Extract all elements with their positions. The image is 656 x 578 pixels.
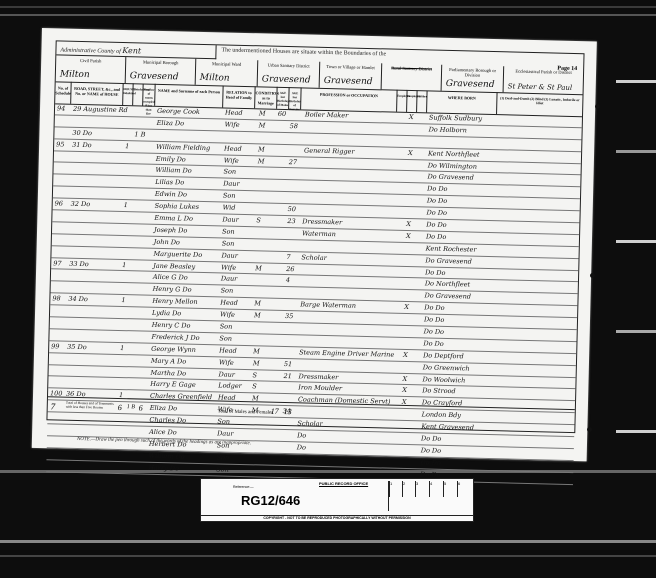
cell-rel: Head bbox=[225, 108, 243, 116]
census-form: Administrative County of Kent The underm… bbox=[46, 40, 584, 433]
cell-rel: Daur bbox=[219, 370, 236, 378]
persons-total-label: Total of Males and Females bbox=[218, 409, 274, 415]
cell-sched: 94 bbox=[57, 104, 65, 112]
col-age-female: AGE last Birthday of Females bbox=[289, 87, 302, 109]
cell-f: 51 bbox=[284, 360, 292, 368]
cell-rel: Son bbox=[222, 239, 235, 247]
cell-born: Do Do bbox=[424, 316, 445, 324]
ecclesiastical-parish-field: Ecclesiastical Parish or DistrictSt Pete… bbox=[504, 66, 584, 94]
cell-name: John Do bbox=[154, 238, 180, 247]
cell-emp: X bbox=[406, 220, 411, 228]
cell-address: 31 Do bbox=[72, 140, 92, 148]
cell-name: Sophia Lukes bbox=[155, 202, 200, 211]
cell-f: 50 bbox=[288, 205, 296, 213]
cell-born: Kent Rochester bbox=[426, 244, 477, 253]
cell-sched: 96 bbox=[55, 199, 63, 207]
cell-address: 33 Do bbox=[69, 259, 89, 267]
punch-hole bbox=[587, 427, 592, 432]
col-inhabited: HOUSES Inhabited bbox=[123, 83, 134, 105]
cell-rel: Lodger bbox=[218, 382, 242, 391]
cell-born: Do Wilmington bbox=[428, 161, 477, 170]
scan-streak bbox=[0, 6, 656, 8]
cell-rel: Daur bbox=[222, 215, 239, 223]
cell-f: 7 bbox=[286, 253, 290, 261]
cell-rel: Head bbox=[224, 144, 242, 152]
cell-f: 58 bbox=[290, 122, 298, 130]
cell-occ: Do bbox=[297, 443, 306, 451]
col-employer: Employer bbox=[397, 90, 408, 112]
cell-rel: Daur bbox=[217, 429, 234, 437]
cell-cond: M bbox=[254, 311, 261, 319]
cell-rel: Wife bbox=[221, 263, 236, 271]
cell-occ: Dressmaker bbox=[298, 372, 338, 381]
cell-cond: S bbox=[252, 383, 257, 391]
cell-born: Do Do bbox=[427, 197, 448, 205]
col-rooms: Number of rooms occupied if less than fi… bbox=[143, 84, 156, 106]
punch-hole bbox=[595, 104, 600, 109]
admin-county-label: Administrative County of bbox=[60, 47, 120, 54]
cell-rel: Head bbox=[220, 299, 238, 307]
cell-address: 29 Augustine Rd bbox=[73, 105, 128, 114]
cell-born: Do Deptford bbox=[423, 351, 464, 360]
cell-address: 34 Do bbox=[68, 295, 88, 303]
totals-label: Total of Houses and of Tenements with le… bbox=[66, 401, 114, 410]
scan-streak bbox=[0, 540, 656, 543]
cell-cond: M bbox=[258, 157, 265, 165]
parliamentary-borough-field: Parliamentary Borough or DivisionGravese… bbox=[442, 65, 505, 93]
cell-rel: Daur bbox=[223, 180, 240, 188]
col-condition: CONDITION as to Marriage bbox=[255, 86, 278, 109]
cell-rel: Son bbox=[223, 168, 236, 176]
cell-born: Do Do bbox=[421, 434, 442, 442]
cell-occ: Steam Engine Driver Marine bbox=[299, 348, 394, 358]
col-name: NAME and Surname of each Person bbox=[155, 84, 224, 108]
cell-name: Frederick J Do bbox=[151, 333, 199, 342]
cell-inh: 1 bbox=[121, 296, 125, 304]
cell-born: Do Do bbox=[426, 232, 447, 240]
cell-inh: 1 bbox=[120, 344, 124, 352]
cell-born: Do Do bbox=[421, 446, 442, 454]
cell-rel: Son bbox=[221, 287, 234, 295]
cell-name: Jane Beasley bbox=[153, 261, 195, 270]
cell-inh: 1 bbox=[125, 142, 129, 150]
municipal-ward-field: Municipal WardMilton bbox=[196, 59, 259, 87]
boundary-notice: The undermentioned Houses are situate wi… bbox=[221, 47, 386, 57]
scan-streak bbox=[616, 240, 656, 243]
scan-streak bbox=[0, 555, 656, 557]
col-employed: Employed bbox=[407, 90, 418, 112]
cell-rel: Son bbox=[223, 192, 236, 200]
cell-occ: Barge Waterman bbox=[300, 301, 356, 310]
cell-emp: X bbox=[404, 303, 409, 311]
total-houses: 6 bbox=[118, 403, 122, 412]
cell-address: 32 Do bbox=[71, 200, 91, 208]
cell-name: Harry Do bbox=[148, 463, 179, 472]
town-field: Town or Village or HamletGravesend bbox=[320, 62, 383, 90]
cell-born: Do Greenwich bbox=[423, 363, 470, 372]
col-where-born: WHERE BORN bbox=[427, 90, 498, 114]
cell-born: Do Do bbox=[427, 185, 448, 193]
cell-rel: Wife bbox=[219, 358, 234, 366]
cell-rel: Head bbox=[219, 346, 237, 354]
cell-rel: Son bbox=[219, 334, 232, 342]
cell-inh: 1 bbox=[122, 261, 126, 269]
cell-name: Eliza Do bbox=[157, 119, 185, 128]
col-address: ROAD, STREET, &c., and No. or NAME of HO… bbox=[71, 82, 124, 105]
copyright-notice: COPYRIGHT - NOT TO BE REPRODUCED PHOTOGR… bbox=[201, 515, 473, 520]
col-relation: RELATION to Head of Family bbox=[223, 85, 256, 108]
cell-rel: Son bbox=[222, 227, 235, 235]
civil-parish-field: Civil ParishMilton bbox=[56, 55, 127, 83]
cell-address: 30 Do bbox=[72, 129, 92, 137]
cell-rel: Son bbox=[216, 465, 229, 473]
cell-rel: Daur bbox=[221, 275, 238, 283]
cell-emp: X bbox=[409, 113, 414, 121]
cell-f: 23 bbox=[287, 217, 295, 225]
cell-name: Alice G Do bbox=[153, 273, 188, 282]
cell-occ: Boiler Maker bbox=[305, 110, 348, 119]
cell-name: Lydia Do bbox=[152, 309, 181, 318]
cell-cond: S bbox=[256, 216, 261, 224]
cell-cond: S bbox=[252, 371, 257, 379]
cell-cond: M bbox=[254, 300, 261, 308]
cell-name: Marguerite Do bbox=[153, 249, 202, 258]
record-office-name: PUBLIC RECORD OFFICE bbox=[319, 481, 368, 486]
col-age-male: AGE last Birthday of Males bbox=[277, 87, 290, 109]
cell-name: George Cook bbox=[157, 107, 200, 116]
cell-rel: Wife bbox=[224, 156, 239, 164]
cell-name: William Do bbox=[148, 452, 184, 461]
cell-f: 35 bbox=[285, 312, 293, 320]
cell-rel: Wife bbox=[225, 120, 240, 128]
cell-name: Henry C Do bbox=[152, 321, 191, 330]
reference-number: RG12/646 bbox=[241, 493, 300, 508]
cell-name: Harry E Gage bbox=[150, 380, 196, 389]
cell-born: Do Do bbox=[424, 304, 445, 312]
cell-cond: M bbox=[258, 145, 265, 153]
cell-born: Do Do bbox=[427, 209, 448, 217]
scan-streak bbox=[616, 150, 656, 153]
col-neither: Neither bbox=[417, 90, 428, 112]
cell-cond: M bbox=[253, 347, 260, 355]
cell-born: Suffolk Sudbury bbox=[429, 113, 482, 122]
cell-occ: Do bbox=[297, 431, 306, 439]
cell-rel: Daur bbox=[221, 251, 238, 259]
cell-cond: M bbox=[255, 264, 262, 272]
cell-sched: 99 bbox=[51, 342, 59, 350]
cell-sched: 98 bbox=[52, 295, 60, 303]
census-page: Administrative County of Kent The underm… bbox=[32, 28, 597, 461]
cell-name: Martha Do bbox=[151, 368, 187, 377]
cell-name: William Do bbox=[155, 166, 191, 175]
scan-streak bbox=[616, 330, 656, 333]
cell-f: 26 bbox=[286, 265, 294, 273]
cell-cond: M bbox=[259, 109, 266, 117]
cell-born: Do Do bbox=[423, 339, 444, 347]
cell-f: 21 bbox=[283, 372, 291, 380]
cell-sched: 95 bbox=[56, 140, 64, 148]
col-infirmity: (1) Deaf-and-Dumb (2) Blind (3) Lunatic,… bbox=[497, 92, 583, 116]
cell-occ: Do bbox=[296, 455, 305, 463]
cell-born: Do Gravesend bbox=[425, 256, 472, 265]
cell-emp: X bbox=[408, 149, 413, 157]
cell-born: Do Gravesend bbox=[427, 173, 474, 182]
cell-born: Kent Northfleet bbox=[428, 149, 480, 158]
cell-occ: General Rigger bbox=[304, 146, 355, 155]
cell-name: Henry Mellon bbox=[152, 297, 197, 306]
cell-born: Do Do bbox=[425, 268, 446, 276]
archive-reference-label: Reference:— RG12/646 PUBLIC RECORD OFFIC… bbox=[200, 478, 474, 522]
cell-name: Lilias Do bbox=[155, 178, 184, 187]
rural-sanitary-field: Rural Sanitary District bbox=[382, 63, 443, 90]
cell-born: Do Gravesend bbox=[424, 292, 471, 301]
cell-rel: Wife bbox=[220, 311, 235, 319]
admin-county-value: Kent bbox=[122, 46, 141, 55]
cell-name: Emily Do bbox=[156, 154, 186, 163]
reference-caption: Reference:— bbox=[233, 485, 254, 489]
cell-emp: X bbox=[402, 375, 407, 383]
cell-occ: Scholar bbox=[301, 253, 326, 262]
cell-address: 35 Do bbox=[67, 343, 87, 351]
scan-streak bbox=[0, 14, 656, 16]
scan-streak bbox=[616, 80, 656, 83]
cell-inh: 1 bbox=[124, 201, 128, 209]
cell-born: Do Do bbox=[420, 458, 441, 466]
cell-name: Emma L Do bbox=[154, 214, 193, 223]
cell-born: Do Do bbox=[424, 327, 445, 335]
cell-born: Do Holborn bbox=[429, 125, 467, 134]
cell-emp: X bbox=[402, 386, 407, 394]
cell-f: 4 bbox=[286, 277, 290, 285]
cell-cond: M bbox=[253, 359, 260, 367]
cell-m: 60 bbox=[278, 110, 286, 118]
total-schedules: 7 bbox=[51, 401, 56, 411]
cell-born: Do Strood bbox=[422, 387, 456, 396]
urban-sanitary-field: Urban Sanitary DistrictGravesend bbox=[258, 60, 321, 88]
cell-name: Henry G Do bbox=[153, 285, 192, 294]
cell-born: Do Northfleet bbox=[425, 280, 471, 289]
col-schedule: No. of Schedule bbox=[55, 81, 72, 103]
total-rooms: 6 bbox=[139, 403, 143, 412]
cell-name: William Fielding bbox=[156, 142, 210, 151]
total-females: 13 bbox=[284, 407, 292, 416]
total-uninhabited: 1 B bbox=[127, 404, 135, 410]
total-males: 17 bbox=[271, 407, 279, 416]
cell-rel: Son bbox=[216, 453, 229, 461]
scan-streak bbox=[616, 430, 656, 433]
cell-name: Joseph Do bbox=[154, 226, 187, 235]
cell-name: Mary A Do bbox=[151, 356, 186, 365]
cell-name: Edwin Do bbox=[155, 190, 187, 199]
cell-occ: Waterman bbox=[302, 229, 336, 238]
cell-uninh: 1 B bbox=[134, 130, 145, 138]
municipal-borough-field: Municipal BoroughGravesend bbox=[126, 57, 197, 85]
cell-rel: Wid bbox=[223, 204, 236, 212]
cell-emp: X bbox=[406, 232, 411, 240]
cell-born: Do Woolwich bbox=[422, 375, 465, 384]
punch-hole bbox=[590, 273, 595, 278]
cell-occ: Iron Moulder bbox=[298, 384, 342, 393]
col-occupation: PROFESSION or OCCUPATION bbox=[301, 87, 398, 111]
cell-sched: 97 bbox=[53, 259, 61, 267]
cell-f: 27 bbox=[289, 158, 297, 166]
cell-occ: Dressmaker bbox=[302, 217, 342, 226]
cell-rel: Son bbox=[220, 322, 233, 330]
scale-ruler: 1 2 3 4 5 6 bbox=[388, 481, 471, 511]
cell-emp: X bbox=[403, 351, 408, 359]
cell-name: Alice Do bbox=[149, 428, 177, 437]
cell-born: Do Do bbox=[426, 220, 447, 228]
cell-name: George Wynn bbox=[151, 345, 196, 354]
cell-cond: M bbox=[259, 121, 266, 129]
col-uninhabited: Uninhabited bbox=[133, 83, 144, 105]
